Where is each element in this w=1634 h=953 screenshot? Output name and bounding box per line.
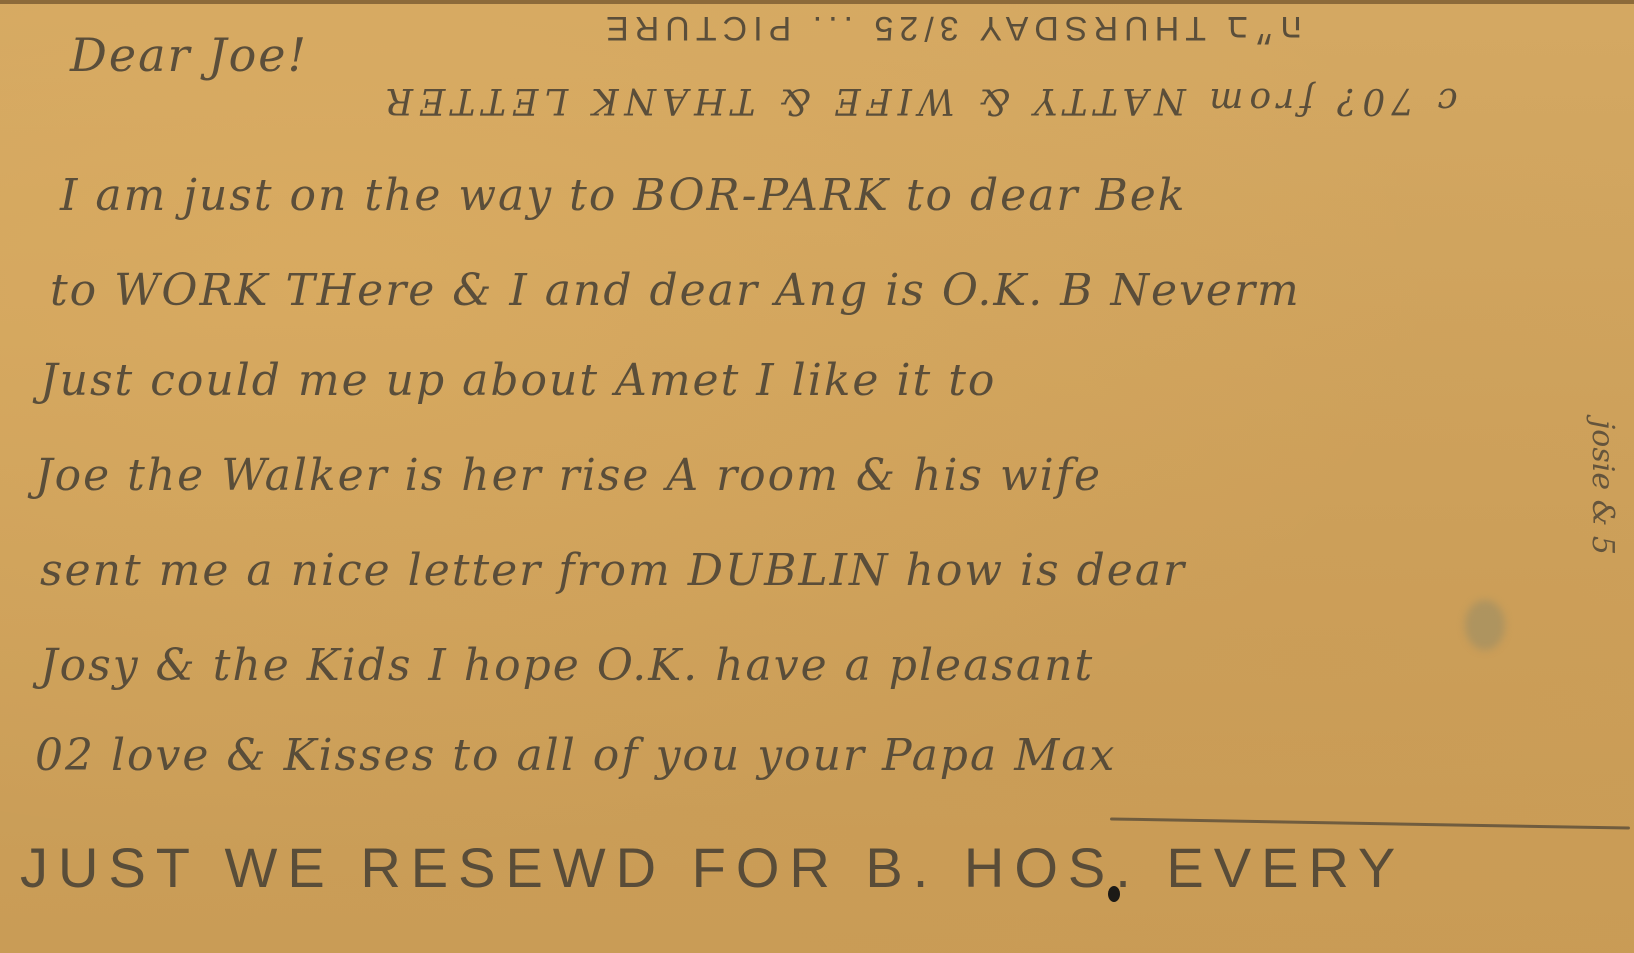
body-line-5: sent me a nice letter from DUBLIN how is… [40, 545, 1186, 596]
ink-dot [1108, 886, 1120, 902]
footer-line: JUST WE RESEWD FOR B. HOS. EVERY [20, 835, 1405, 900]
body-line-4: Joe the Walker is her rise A room & his … [35, 450, 1102, 501]
right-margin-note: josie & 5 [1585, 420, 1620, 555]
upside-down-header-line2: c 70? from NATTY & WIFE & THANK LETTER [380, 80, 1458, 121]
upside-down-header-line1: ב״ה THURSDAY 3/25 ... PICTURE [600, 8, 1302, 47]
signature-underline [1110, 817, 1630, 829]
body-line-3: Just could me up about Amet I like it to [40, 355, 996, 406]
body-line-2: to WORK THere & I and dear Ang is O.K. B… [50, 265, 1301, 316]
body-line-7: 02 love & Kisses to all of you your Papa… [35, 730, 1116, 781]
body-line-1: I am just on the way to BOR-PARK to dear… [60, 170, 1187, 221]
greeting: Dear Joe! [70, 28, 308, 82]
stain [1465, 600, 1505, 650]
postcard: ב״ה THURSDAY 3/25 ... PICTURE c 70? from… [0, 0, 1634, 953]
body-line-6: Josy & the Kids I hope O.K. have a pleas… [40, 640, 1094, 691]
